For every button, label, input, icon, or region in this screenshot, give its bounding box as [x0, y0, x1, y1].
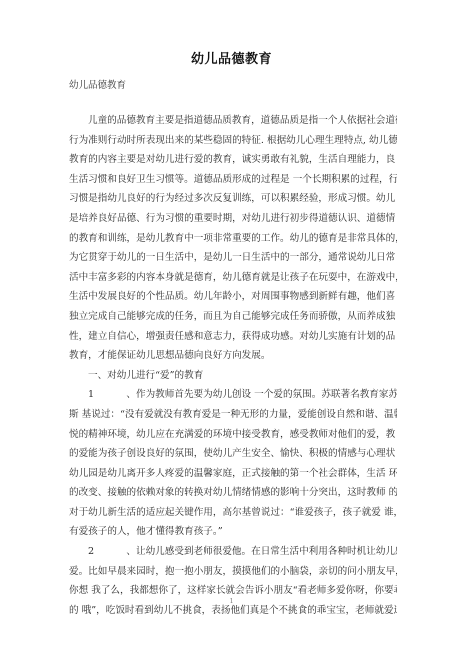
document-title: 幼儿品德教育	[0, 48, 463, 67]
paragraph-line: 爱。比如早晨来园时，抱一抱小朋友，摸摸他们的小脑袋，亲切的问小朋友早，	[69, 562, 397, 582]
paragraph-line: 的改变、接触的依赖对象的转换对幼儿情绪情感的影响十分突出，这时教师 的爱	[69, 483, 397, 503]
page-number: 1	[0, 598, 463, 605]
paragraph-line: 习惯是指幼儿良好的行为经过多次反复训练，可以积累经验，形成习惯。幼儿 期	[69, 189, 397, 209]
paragraph-line: 生活中发展良好的个性品质。幼儿年龄小，对周围事物感到新鲜有趣，他们喜 欢	[69, 287, 397, 307]
section-heading: 一、对幼儿进行“爱”的教育	[69, 366, 397, 386]
paragraph-line: 幼儿园是幼儿离开多人疼爱的温馨家庭，正式接触的第一个社会群体，生活 环境	[69, 464, 397, 484]
paragraph-line: 儿童的品德教育主要是指道德品质教育，道德品质是指一个人依据社会道德	[69, 111, 397, 131]
paragraph-line: 悦的精神环境，幼儿应在充满爱的环境中接受教育，感受教师对他们的爱，教 师	[69, 425, 397, 445]
paragraph-line: 行为准则行动时所表现出来的某些稳固的特征. 根据幼儿心理生理特点, 幼儿德 育	[69, 131, 397, 151]
list-item-1-first-line: 1、作为教师首先要为幼儿创设 一个爱的氛围。苏联著名教育家苏霍姆林	[69, 385, 397, 405]
document-page: 幼儿品德教育 幼儿品德教育 儿童的品德教育主要是指道德品质教育，道德品质是指一个…	[0, 0, 463, 655]
paragraph-line: 性，建立自信心，增强责任感和意志力，获得成功感。对幼儿实施有计划的品 德	[69, 327, 397, 347]
paragraph-line: 为它贯穿于幼儿的一日生活中，是幼儿一日生活中的一部分，通常说幼儿日常 生	[69, 248, 397, 268]
paragraph-line: 生活习惯和良好卫生习惯等。道德品质形成的过程是 一个长期积累的过程，行 为	[69, 170, 397, 190]
paragraph-line: 的爱能为孩子创设良好的氛围，使幼儿产生安全、愉快、积极的情感与心理状 态，	[69, 444, 397, 464]
paragraph-line: 活中丰富多彩的内容本身就是德育，幼儿德育就是让孩子在玩耍中，在游戏中，在	[69, 268, 397, 288]
list-item-text: 让幼儿感受到老师很爱他。在日常生活中利用各种时机让幼儿感受到	[136, 546, 397, 557]
list-item-text: 作为教师首先要为幼儿创设 一个爱的氛围。苏联著名教育家苏霍姆林	[136, 389, 397, 400]
paragraph-line: 教育的内容主要是对幼儿进行爱的教育，诚实勇敢有礼貌，生活自理能力，良 好	[69, 150, 397, 170]
list-item-2-first-line: 2、让幼儿感受到老师很爱他。在日常生活中利用各种时机让幼儿感受到	[69, 542, 397, 562]
paragraph-line: 斯 基说过：“没有爱就没有教育爱是一种无形的力量，爱能创设自然和谐、温馨 愉	[69, 405, 397, 425]
paragraph-line: 独立完成自己能够完成的任务，而且为自己能够完成任务而骄傲，从而养成独 立	[69, 307, 397, 327]
paragraph-line: 是培养良好品德、行为习惯的重要时期，对幼儿进行初步得道德认识、道德情 感	[69, 209, 397, 229]
list-item-number: 2、	[88, 542, 136, 562]
document-body: 儿童的品德教育主要是指道德品质教育，道德品质是指一个人依据社会道德 行为准则行动…	[69, 111, 397, 620]
paragraph-line: 对于幼儿新生活的适应起关键作用，高尔基曾说过：“谁爱孩子，孩子就爱 谁，只	[69, 503, 397, 523]
paragraph-line: 有爱孩子的人，他才懂得教育孩子。”	[69, 522, 397, 542]
document-subtitle: 幼儿品德教育	[69, 77, 126, 91]
list-item-number: 1、	[88, 385, 136, 405]
paragraph-line: 的教育和训练，是幼儿教育中一项非常重要的工作。幼儿的德育是非常具体的，因	[69, 229, 397, 249]
paragraph-line: 教育，才能保证幼儿思想品德向良好方向发展。	[69, 346, 397, 366]
